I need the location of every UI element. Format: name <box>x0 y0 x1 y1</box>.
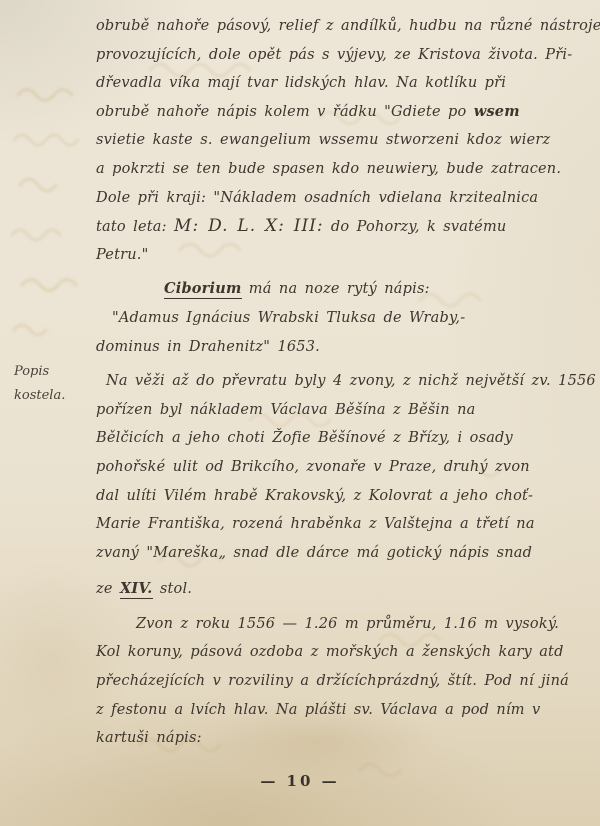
manuscript-page: Popis kostela. obrubě nahoře pásový, rel… <box>0 0 600 826</box>
manuscript-line: svietie kaste s. ewangelium wssemu stwor… <box>96 126 596 155</box>
page-number: — 10 — <box>0 772 600 790</box>
manuscript-line: Kol koruny, pásová ozdoba z mořských a ž… <box>96 638 596 667</box>
manuscript-line: dominus in Drahenitz" 1653. <box>96 333 596 362</box>
line-text: do Pohorzy, k svatému <box>324 219 507 235</box>
line-text: stol. <box>153 581 193 597</box>
manuscript-line: z festonu a lvích hlav. Na plášti sv. Vá… <box>96 696 596 725</box>
manuscript-line: zvaný "Mareška„ snad dle dárce má gotick… <box>96 539 596 568</box>
manuscript-line: kartuši nápis: <box>96 724 596 753</box>
manuscript-line: obrubě nahoře pásový, relief z andílků, … <box>96 12 596 41</box>
manuscript-line: Bělčicích a jeho choti Žofie Běšínové z … <box>96 424 596 453</box>
margin-note-line: kostela. <box>14 384 65 408</box>
line-text: má na noze rytý nápis: <box>242 281 430 297</box>
manuscript-line: Dole při kraji: "Nákladem osadních vdiel… <box>96 184 596 213</box>
manuscript-line: dal ulíti Vilém hrabě Krakovský, z Kolov… <box>96 482 596 511</box>
roman-numeral-year: M: D. L. X: III: <box>174 216 324 236</box>
emphasized-word: wsem <box>474 103 520 120</box>
manuscript-text: obrubě nahoře pásový, relief z andílků, … <box>96 12 596 753</box>
manuscript-line: Petru." <box>96 241 596 270</box>
manuscript-line: Marie Františka, rozená hraběnka z Valšt… <box>96 510 596 539</box>
manuscript-line: pořízen byl nákladem Václava Běšína z Bě… <box>96 396 596 425</box>
manuscript-line: provozujících, dole opět pás s výjevy, z… <box>96 41 596 70</box>
manuscript-line: Zvon z roku 1556 — 1.26 m průměru, 1.16 … <box>96 610 596 639</box>
line-text: tato leta: <box>96 219 174 235</box>
margin-note-line: Popis <box>14 360 65 384</box>
manuscript-line: Na věži až do převratu byly 4 zvony, z n… <box>96 367 596 396</box>
margin-note: Popis kostela. <box>14 360 65 408</box>
line-text: ze <box>96 581 120 597</box>
manuscript-line: pohořské ulit od Brikcího, zvonaře v Pra… <box>96 453 596 482</box>
underlined-heading-word: Ciborium <box>164 280 242 299</box>
manuscript-line: přecházejících v rozviliny a držícíchprá… <box>96 667 596 696</box>
manuscript-line: Ciborium má na noze rytý nápis: <box>96 275 596 304</box>
manuscript-line: tato leta: M: D. L. X: III: do Pohorzy, … <box>96 212 596 241</box>
manuscript-line: dřevadla víka mají tvar lidských hlav. N… <box>96 69 596 98</box>
manuscript-line: a pokrzti se ten bude spasen kdo neuwier… <box>96 155 596 184</box>
line-text: obrubě nahoře nápis kolem v řádku "Gdiet… <box>96 104 474 120</box>
manuscript-line: ze XIV. stol. <box>96 575 596 604</box>
underlined-century: XIV. <box>120 580 153 599</box>
manuscript-line: "Adamus Ignácius Wrabski Tluksa de Wraby… <box>96 304 596 333</box>
manuscript-line: obrubě nahoře nápis kolem v řádku "Gdiet… <box>96 98 596 127</box>
